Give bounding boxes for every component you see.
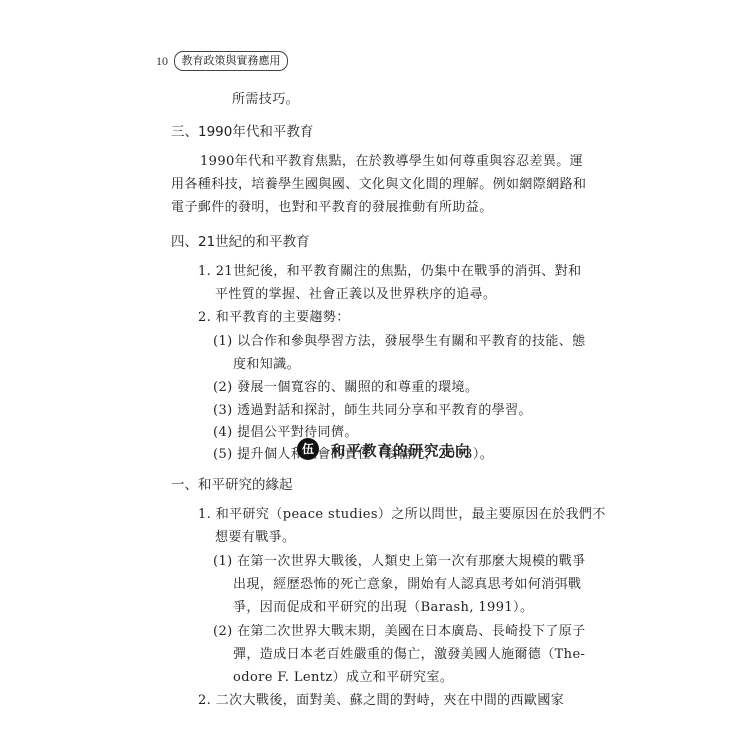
section-heading: 四、21世紀的和平教育	[171, 230, 310, 250]
sub-list-item: (2) 在第二次世界大戰末期，美國在日本廣島、長崎投下了原子	[213, 620, 586, 639]
list-item: 1. 21世紀後，和平教育關注的焦點，仍集中在戰爭的消弭、對和	[198, 260, 581, 279]
sub-list-item: 彈，造成日本老百姓嚴重的傷亡，激發美國人施爾德（The-	[233, 643, 585, 662]
list-item: 想要有戰爭。	[215, 526, 295, 545]
body-line: 所需技巧。	[232, 88, 299, 107]
list-item: 1. 和平研究（peace studies）之所以問世，最主要原因在於我們不	[198, 503, 606, 522]
chapter-badge-icon: 伍	[297, 438, 319, 460]
page-number: 10	[156, 54, 168, 69]
sub-list-item: (1) 以合作和參與學習方法，發展學生有關和平教育的技能、態	[213, 330, 586, 349]
list-item: 2. 二次大戰後，面對美、蘇之間的對峙，夾在中間的西歐國家	[198, 689, 564, 708]
body-line: 用各種科技，培養學生國與國、文化與文化間的理解。例如網際網路和	[171, 173, 586, 192]
sub-list-item: odore F. Lentz）成立和平研究室。	[233, 666, 453, 685]
running-title: 教育政策與實務應用	[174, 51, 288, 71]
sub-list-item: (1) 在第一次世界大戰後，人類史上第一次有那麼大規模的戰爭	[213, 550, 586, 569]
section-heading: 一、和平研究的緣起	[171, 473, 293, 493]
sub-list-item: 出現，經歷恐怖的死亡意象，開始有人認真思考如何消弭戰	[233, 573, 581, 592]
sub-list-item: 爭，因而促成和平研究的出現（Barash, 1991）。	[233, 596, 533, 615]
sub-list-item: (2) 發展一個寬容的、關照的和尊重的環境。	[213, 376, 478, 395]
sub-list-item: (3) 透過對話和探討，師生共同分享和平教育的學習。	[213, 399, 532, 418]
sub-list-item: 度和知識。	[233, 353, 300, 372]
sub-list-item: (4) 提倡公平對待同儕。	[213, 421, 358, 440]
section-heading: 三、1990年代和平教育	[171, 120, 313, 140]
body-line: 1990年代和平教育焦點，在於教導學生如何尊重與容忍差異。運	[200, 150, 583, 169]
chapter-heading: 和平教育的研究走向	[331, 440, 471, 461]
list-item: 平性質的掌握、社會正義以及世界秩序的追尋。	[215, 283, 496, 302]
list-item: 2. 和平教育的主要趨勢：	[198, 306, 350, 325]
body-line: 電子郵件的發明，也對和平教育的發展推動有所助益。	[171, 196, 493, 215]
